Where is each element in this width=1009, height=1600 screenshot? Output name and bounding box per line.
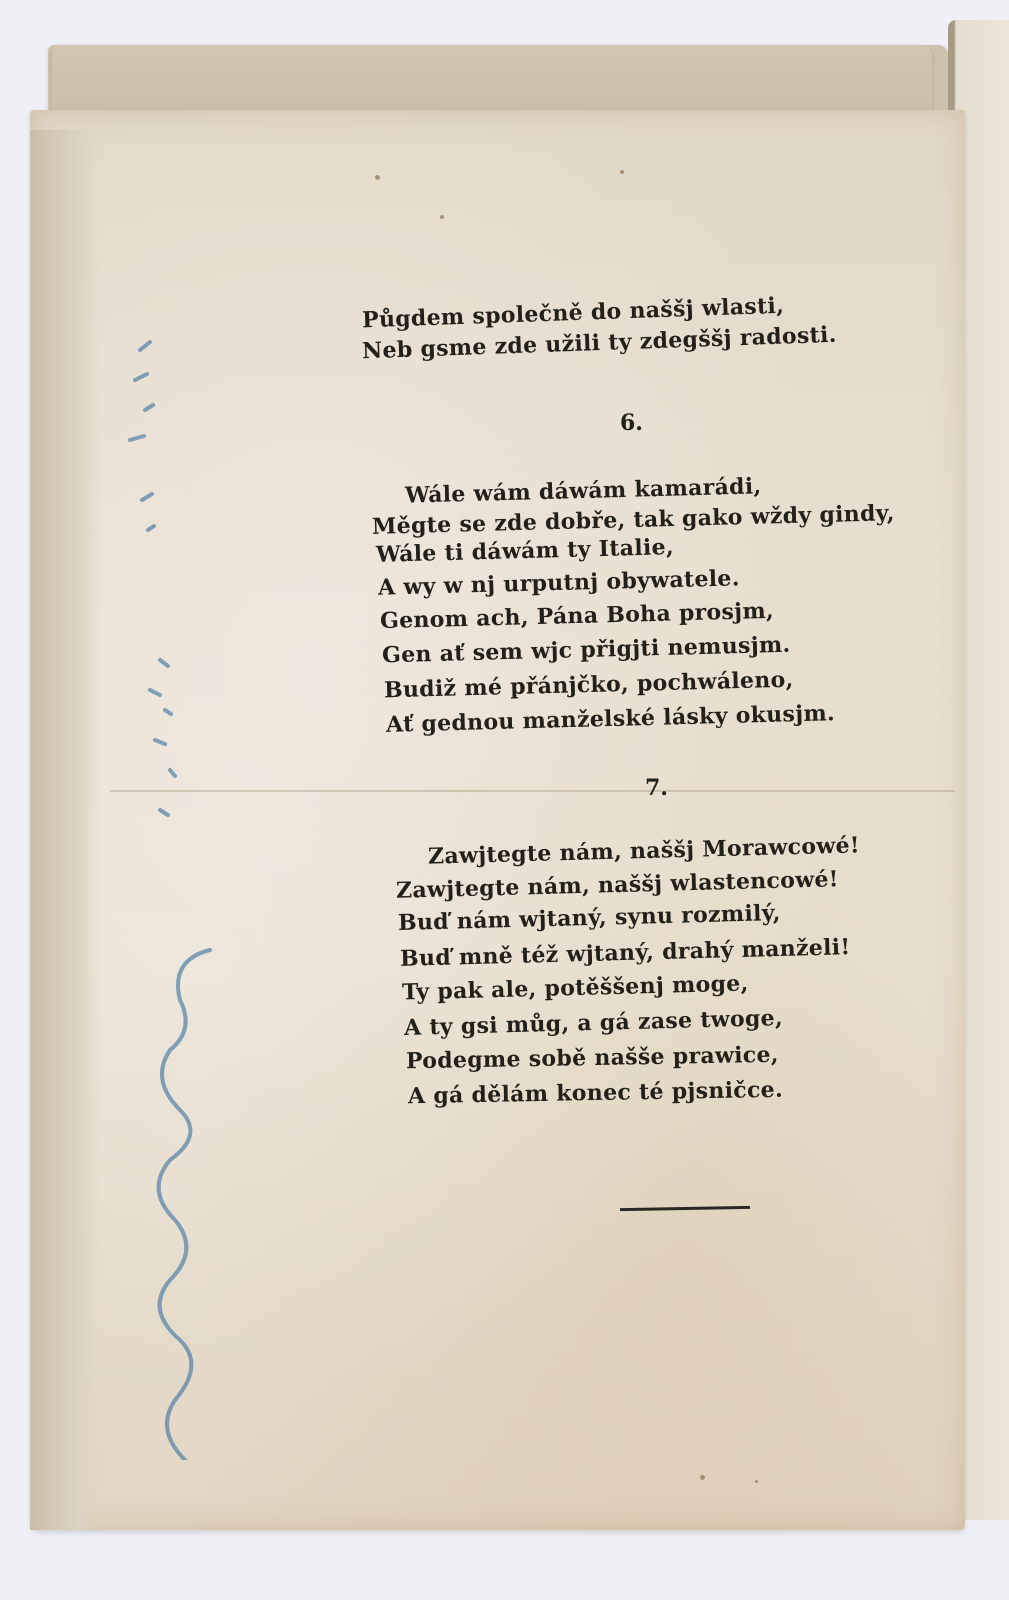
verse-line: A wy w nj urputnj obywatele.: [378, 565, 740, 600]
verse-line: A ty gsi můg, a gá zase twoge,: [404, 1005, 783, 1041]
verse-line: Ty pak ale, potěššenj moge,: [402, 970, 749, 1005]
printed-text: Půgdem společně do naššj wlasti, Neb gsm…: [0, 0, 1009, 1600]
verse-line: Genom ach, Pána Boha prosjm,: [380, 598, 775, 634]
verse-line: Buď nám wjtaný, synu rozmilý,: [398, 900, 781, 936]
verse-line: Zawjtegte nám, naššj Morawcowé!: [428, 832, 860, 869]
verse-line: Buď mně též wjtaný, drahý manželi!: [400, 934, 851, 972]
verse-line: Budiž mé přánjčko, pochwáleno,: [384, 667, 794, 704]
stanza-number: 7.: [645, 775, 668, 801]
verse-line: Wále ti dáwám ty Italie,: [376, 534, 674, 568]
verse-line: Ať gednou manželské lásky okusjm.: [386, 700, 836, 738]
verse-line: Wále wám dáwám kamarádi,: [405, 473, 762, 508]
verse-line: Podegme sobě našše prawice,: [406, 1042, 779, 1075]
end-rule-divider: [620, 1206, 750, 1211]
verse-line: A gá dělám konec té pjsničce.: [408, 1077, 783, 1110]
stanza-number: 6.: [620, 410, 643, 436]
verse-line: Gen ať sem wjc přigjti nemusjm.: [382, 632, 791, 669]
verse-line: Zawjtegte nám, naššj wlastencowé!: [396, 866, 839, 904]
